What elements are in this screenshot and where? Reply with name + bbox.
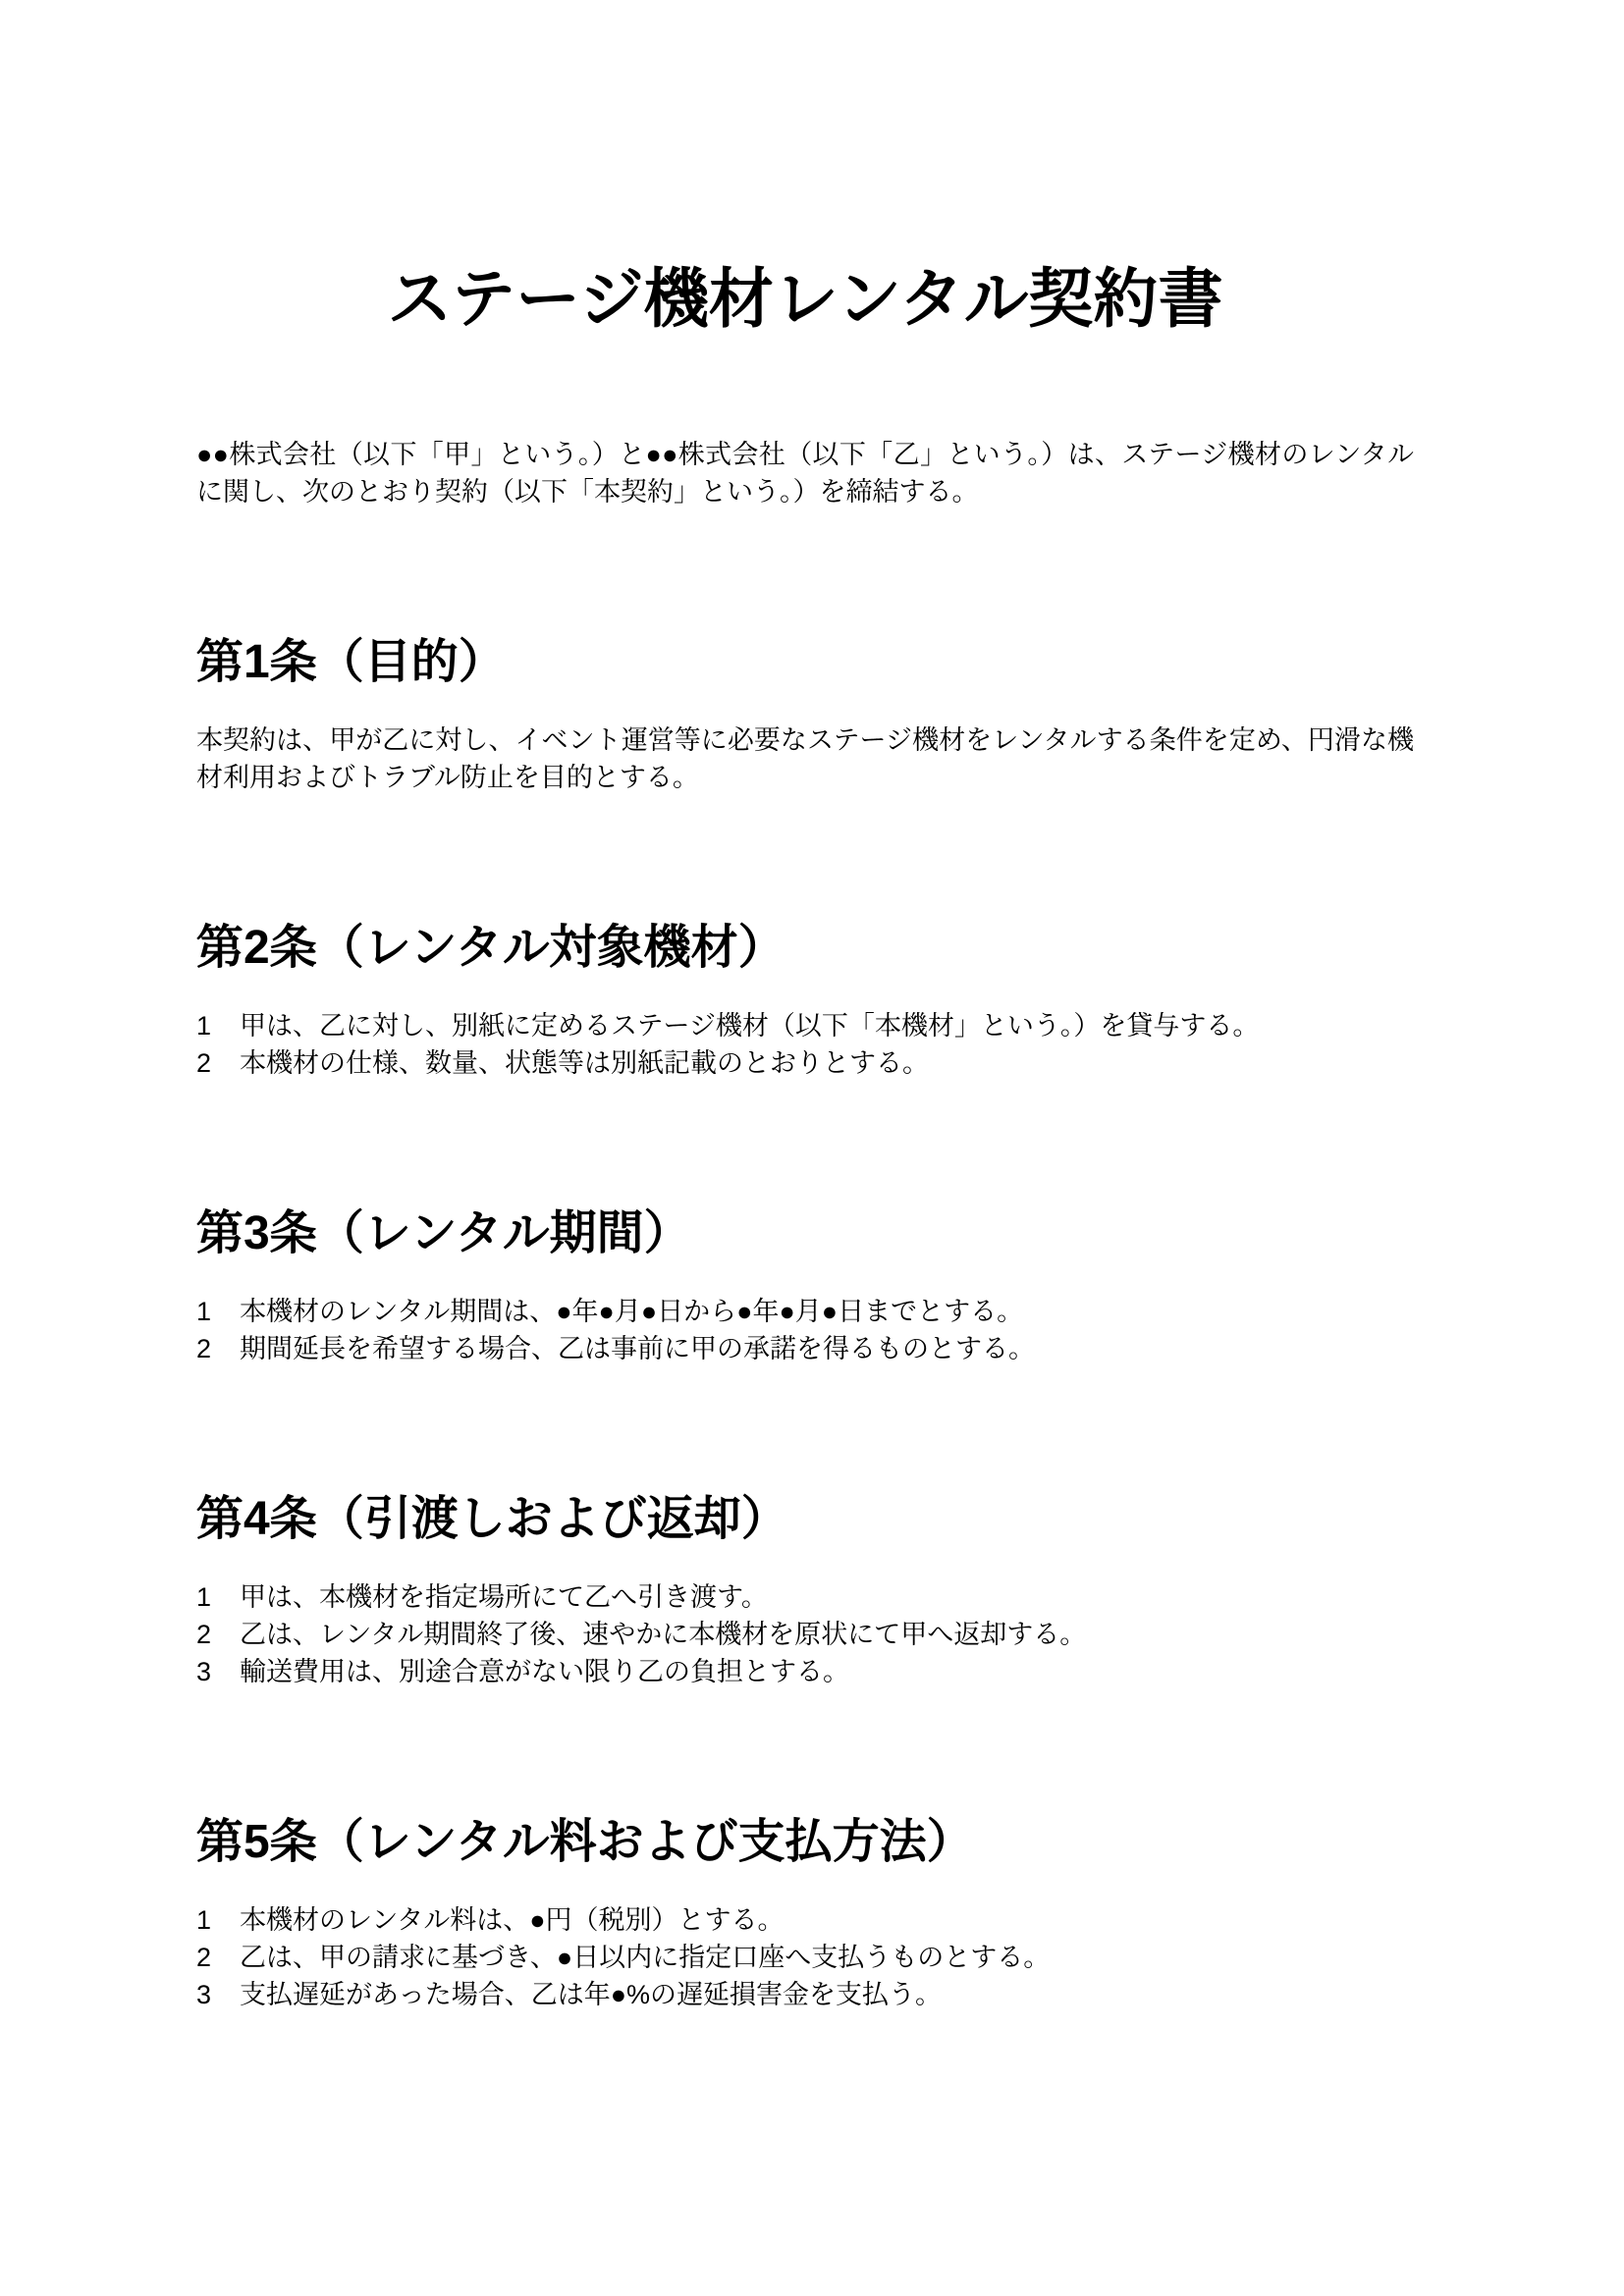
clause-text: 甲は、本機材を指定場所にて乙へ引き渡す。	[240, 1578, 1414, 1616]
document-title: ステージ機材レンタル契約書	[196, 260, 1414, 338]
intro-paragraph: ●●株式会社（以下「甲」という。）と●●株式会社（以下「乙」という。）は、ステー…	[196, 436, 1414, 510]
clause-text: 本機材の仕様、数量、状態等は別紙記載のとおりとする。	[240, 1044, 1414, 1082]
article-1-heading: 第1条（目的）	[196, 633, 1414, 692]
clause-item: 2 期間延長を希望する場合、乙は事前に甲の承諾を得るものとする。	[196, 1330, 1414, 1367]
clause-item: 2 乙は、レンタル期間終了後、速やかに本機材を原状にて甲へ返却する。	[196, 1616, 1414, 1653]
clause-number: 3	[196, 1653, 240, 1690]
clause-number: 1	[196, 1901, 240, 1939]
clause-number: 2	[196, 1939, 240, 1976]
article-5-section: 第5条（レンタル料および支払方法） 1 本機材のレンタル料は、●円（税別）とする…	[196, 1813, 1414, 2013]
contract-document-page: ステージ機材レンタル契約書 ●●株式会社（以下「甲」という。）と●●株式会社（以…	[0, 0, 1624, 2296]
clause-number: 1	[196, 1578, 240, 1616]
clause-number: 1	[196, 1293, 240, 1330]
article-4-section: 第4条（引渡しおよび返却） 1 甲は、本機材を指定場所にて乙へ引き渡す。 2 乙…	[196, 1490, 1414, 1690]
clause-item: 1 本機材のレンタル期間は、●年●月●日から●年●月●日までとする。	[196, 1293, 1414, 1330]
article-2-heading: 第2条（レンタル対象機材）	[196, 919, 1414, 978]
clause-text: 本機材のレンタル料は、●円（税別）とする。	[240, 1901, 1414, 1939]
article-5-clause-list: 1 本機材のレンタル料は、●円（税別）とする。 2 乙は、甲の請求に基づき、●日…	[196, 1901, 1414, 2013]
clause-text: 乙は、レンタル期間終了後、速やかに本機材を原状にて甲へ返却する。	[240, 1616, 1414, 1653]
clause-text: 輸送費用は、別途合意がない限り乙の負担とする。	[240, 1653, 1414, 1690]
article-3-section: 第3条（レンタル期間） 1 本機材のレンタル期間は、●年●月●日から●年●月●日…	[196, 1204, 1414, 1367]
clause-number: 3	[196, 1976, 240, 2013]
clause-item: 1 甲は、乙に対し、別紙に定めるステージ機材（以下「本機材」という。）を貸与する…	[196, 1007, 1414, 1044]
clause-number: 1	[196, 1007, 240, 1044]
article-2-clause-list: 1 甲は、乙に対し、別紙に定めるステージ機材（以下「本機材」という。）を貸与する…	[196, 1007, 1414, 1082]
article-5-heading: 第5条（レンタル料および支払方法）	[196, 1813, 1414, 1872]
article-4-heading: 第4条（引渡しおよび返却）	[196, 1490, 1414, 1549]
article-1-body: 本契約は、甲が乙に対し、イベント運営等に必要なステージ機材をレンタルする条件を定…	[196, 721, 1414, 796]
clause-text: 甲は、乙に対し、別紙に定めるステージ機材（以下「本機材」という。）を貸与する。	[240, 1007, 1414, 1044]
clause-text: 支払遅延があった場合、乙は年●%の遅延損害金を支払う。	[240, 1976, 1414, 2013]
clause-item: 1 本機材のレンタル料は、●円（税別）とする。	[196, 1901, 1414, 1939]
article-2-section: 第2条（レンタル対象機材） 1 甲は、乙に対し、別紙に定めるステージ機材（以下「…	[196, 919, 1414, 1082]
article-4-clause-list: 1 甲は、本機材を指定場所にて乙へ引き渡す。 2 乙は、レンタル期間終了後、速や…	[196, 1578, 1414, 1690]
clause-number: 2	[196, 1330, 240, 1367]
clause-item: 3 輸送費用は、別途合意がない限り乙の負担とする。	[196, 1653, 1414, 1690]
clause-item: 3 支払遅延があった場合、乙は年●%の遅延損害金を支払う。	[196, 1976, 1414, 2013]
article-1-section: 第1条（目的） 本契約は、甲が乙に対し、イベント運営等に必要なステージ機材をレン…	[196, 633, 1414, 796]
clause-text: 期間延長を希望する場合、乙は事前に甲の承諾を得るものとする。	[240, 1330, 1414, 1367]
clause-item: 2 本機材の仕様、数量、状態等は別紙記載のとおりとする。	[196, 1044, 1414, 1082]
clause-number: 2	[196, 1044, 240, 1082]
article-3-clause-list: 1 本機材のレンタル期間は、●年●月●日から●年●月●日までとする。 2 期間延…	[196, 1293, 1414, 1367]
clause-number: 2	[196, 1616, 240, 1653]
article-3-heading: 第3条（レンタル期間）	[196, 1204, 1414, 1263]
clause-text: 本機材のレンタル期間は、●年●月●日から●年●月●日までとする。	[240, 1293, 1414, 1330]
clause-item: 1 甲は、本機材を指定場所にて乙へ引き渡す。	[196, 1578, 1414, 1616]
clause-text: 乙は、甲の請求に基づき、●日以内に指定口座へ支払うものとする。	[240, 1939, 1414, 1976]
clause-item: 2 乙は、甲の請求に基づき、●日以内に指定口座へ支払うものとする。	[196, 1939, 1414, 1976]
